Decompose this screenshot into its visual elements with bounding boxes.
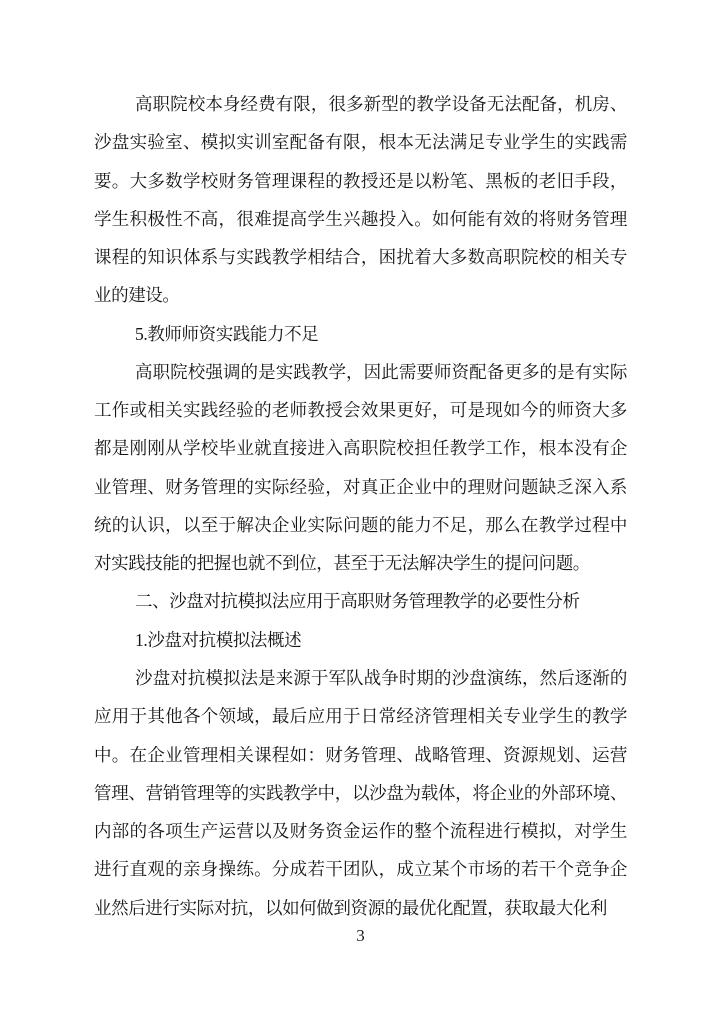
text-line: 进行直观的亲身操练。分成若干团队，成立某个市场的若干个竞争企 (94, 850, 627, 888)
text-line: 管理、营销管理等的实践教学中，以沙盘为载体，将企业的外部环境、 (94, 774, 627, 812)
text-line: 应用于其他各个领域，最后应用于日常经济管理相关专业学生的教学 (94, 697, 627, 735)
body-paragraph: 高职院校本身经费有限，很多新型的教学设备无法配备，机房、沙盘实验室、模拟实训室配… (94, 85, 627, 315)
text-line: 高职院校强调的是实践教学，因此需要师资配备更多的是有实际 (94, 353, 627, 391)
text-line: 内部的各项生产运营以及财务资金运作的整个流程进行模拟，对学生 (94, 812, 627, 850)
section-heading: 5.教师师资实践能力不足 (94, 315, 627, 353)
text-line: 统的认识，以至于解决企业实际问题的能力不足，那么在教学过程中 (94, 506, 627, 544)
text-line: 工作或相关实践经验的老师教授会效果更好，可是现如今的师资大多 (94, 391, 627, 429)
text-line: 1.沙盘对抗模拟法概述 (94, 621, 627, 659)
document-content: 高职院校本身经费有限，很多新型的教学设备无法配备，机房、沙盘实验室、模拟实训室配… (94, 85, 627, 927)
section-heading: 二、沙盘对抗模拟法应用于高职财务管理教学的必要性分析 (94, 582, 627, 620)
document-page: 高职院校本身经费有限，很多新型的教学设备无法配备，机房、沙盘实验室、模拟实训室配… (0, 0, 721, 1020)
section-heading: 1.沙盘对抗模拟法概述 (94, 621, 627, 659)
text-line: 业的建设。 (94, 276, 627, 314)
text-line: 沙盘实验室、模拟实训室配备有限，根本无法满足专业学生的实践需 (94, 123, 627, 161)
text-line: 业然后进行实际对抗，以如何做到资源的最优化配置，获取最大化利 (94, 889, 627, 927)
text-line: 课程的知识体系与实践教学相结合，困扰着大多数高职院校的相关专 (94, 238, 627, 276)
text-line: 要。大多数学校财务管理课程的教授还是以粉笔、黑板的老旧手段， (94, 162, 627, 200)
text-line: 学生积极性不高，很难提高学生兴趣投入。如何能有效的将财务管理 (94, 200, 627, 238)
text-line: 沙盘对抗模拟法是来源于军队战争时期的沙盘演练，然后逐渐的 (94, 659, 627, 697)
page-number: 3 (356, 926, 365, 945)
text-line: 5.教师师资实践能力不足 (94, 315, 627, 353)
page-footer: 3 (0, 926, 721, 946)
text-line: 中。在企业管理相关课程如：财务管理、战略管理、资源规划、运营 (94, 736, 627, 774)
text-line: 业管理、财务管理的实际经验，对真正企业中的理财问题缺乏深入系 (94, 468, 627, 506)
text-line: 高职院校本身经费有限，很多新型的教学设备无法配备，机房、 (94, 85, 627, 123)
body-paragraph: 高职院校强调的是实践教学，因此需要师资配备更多的是有实际工作或相关实践经验的老师… (94, 353, 627, 583)
text-line: 对实践技能的把握也就不到位，甚至于无法解决学生的提问问题。 (94, 544, 627, 582)
body-paragraph: 沙盘对抗模拟法是来源于军队战争时期的沙盘演练，然后逐渐的应用于其他各个领域，最后… (94, 659, 627, 927)
text-line: 都是刚刚从学校毕业就直接进入高职院校担任教学工作，根本没有企 (94, 429, 627, 467)
text-line: 二、沙盘对抗模拟法应用于高职财务管理教学的必要性分析 (94, 582, 627, 620)
